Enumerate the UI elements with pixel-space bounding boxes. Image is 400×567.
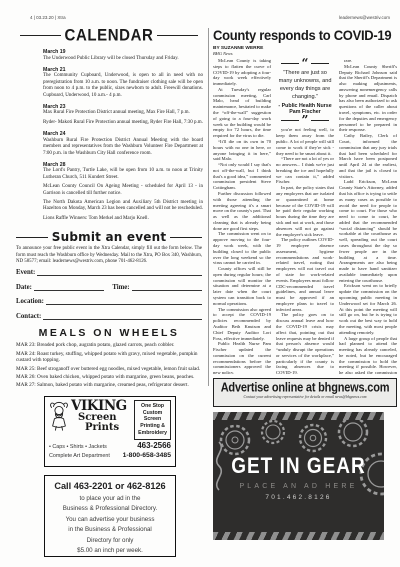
calendar-entry-text: Max Rural Fire Protection District annua… (43, 110, 203, 116)
time-field-blank (132, 284, 202, 291)
directory-ad-body: to place your ad in the Business & Profe… (49, 494, 171, 557)
pull-quote-rule (281, 120, 299, 121)
close-quote-icon: ” (302, 117, 309, 123)
calendar-entry: March 28 The Lord's Pantry, Turtle Lake,… (43, 162, 203, 222)
viking-products: • Caps • Shirts • Jackets (49, 444, 107, 450)
calendar-entry-text: Washburn Rural Fire Protection District … (43, 138, 203, 157)
open-quote-icon: “ (302, 60, 309, 66)
article-paragraph: McLean County is taking steps to flatten… (213, 58, 271, 87)
date-field-label: Date: (16, 284, 32, 291)
submit-event-title: Submit an event (52, 230, 167, 244)
submit-event-intro: To announce your free public event in th… (16, 246, 202, 265)
article-paragraph: “It'll die on its own in 70 hours with n… (213, 139, 271, 162)
calendar-title: CALENDAR (65, 26, 154, 44)
article-paragraph: “Not only would I say that's not off-the… (213, 162, 271, 191)
contact-field-blank (43, 313, 202, 320)
hazard-stripe-top (213, 412, 384, 420)
calendar-date: March 19 (43, 49, 203, 55)
article-column-2: “ “There are just so many unknowns, and … (276, 58, 334, 374)
pull-quote-text: “There are just so many unknowns, and ev… (277, 69, 333, 101)
viking-tagline-box: One Stop Custom Screen Printing & Embroi… (134, 400, 171, 440)
article-headline: County responds to COVID-19 (213, 27, 397, 43)
date-field-blank (34, 284, 104, 291)
viking-name: VIKING (71, 400, 127, 414)
calendar-entry-text: The North Dakota American Legion and Aux… (43, 200, 203, 213)
calendar-entry-text: The Underwood Public Library will be clo… (43, 56, 203, 62)
calendar-date: March 23 (43, 104, 203, 110)
advertise-online-ad: Advertise online at bhgnews.com Contact … (213, 378, 397, 407)
article-paragraph: The policy outlines COVID-19 employee ab… (276, 237, 334, 312)
viking-ad-top: VIKING Screen Prints One Stop Custom Scr… (49, 400, 171, 440)
pull-quote-close-row: ” (281, 117, 329, 123)
article-paragraph: Erickson went on to briefly update the c… (339, 283, 397, 335)
article-paragraph: McLean County Sheriff's Deputy Richard J… (339, 64, 397, 133)
pull-quote-rule (311, 63, 329, 64)
form-row-contact: Contact: (16, 313, 202, 320)
get-in-gear-ad: GET IN GEAR PLACE AN AD HERE 701.462.812… (213, 412, 384, 540)
article-paragraph: At Tuesday's regular commission meeting,… (213, 87, 271, 139)
article-paragraph: Cathy Bailey, Clerk of Court, informed t… (339, 133, 397, 179)
viking-tollfree: 1-800-658-3485 (123, 452, 171, 459)
form-row-date-time: Date: Time: (16, 284, 202, 291)
viking-screen-prints-ad: VIKING Screen Prints One Stop Custom Scr… (44, 396, 176, 467)
viking-wordmark: VIKING Screen Prints (71, 400, 127, 440)
time-field-label: Time: (112, 284, 129, 291)
column-divider (208, 28, 209, 386)
advertise-online-subtitle: Contact your advertising representative … (214, 395, 396, 399)
article-section: County responds to COVID-19 BY SUZANNE W… (213, 27, 397, 540)
pull-quote: “ “There are just so many unknowns, and … (277, 60, 333, 123)
event-form: Event: Date: Time: Location: Contact: (16, 269, 202, 320)
meals-on-wheels-title: MEALS ON WHEELS (14, 327, 204, 339)
viking-mascot-icon (49, 400, 69, 432)
get-in-gear-phone: 701.462.8126 (213, 494, 384, 501)
left-column: CALENDAR March 19 The Underwood Public L… (14, 25, 204, 557)
get-in-gear-subtitle: PLACE AN AD HERE (213, 483, 384, 490)
event-field-label: Event: (16, 269, 35, 276)
viking-art-dept: Complete Art Department (49, 453, 110, 459)
get-in-gear-content: GET IN GEAR PLACE AN AD HERE 701.462.812… (213, 456, 384, 501)
event-field-blank (37, 269, 202, 276)
calendar-entry-text: The Lord's Pantry, Turtle Lake, will be … (43, 168, 203, 181)
article-paragraph: In part, the policy states that any empl… (276, 185, 334, 237)
meal-item: MAR 24: Roast turkey, stuffing, whipped … (16, 351, 202, 365)
viking-logo: VIKING Screen Prints (49, 400, 127, 440)
meals-on-wheels-list: MAR 23: Breaded pork chop, augratin pota… (14, 342, 204, 389)
article-column-3: rare. McLean County Sheriff's Deputy Ric… (339, 58, 397, 374)
article-paragraph: Public Health Nurse Pam Fischer updated … (213, 341, 271, 374)
meal-item: MAR 23: Breaded pork chop, augratin pota… (16, 342, 202, 349)
directory-ad: Call 463-2201 or 462-8126 to place your … (44, 475, 176, 557)
article-paragraph: Ladd Erickson, McLean County State's Att… (339, 179, 397, 283)
article-paragraph: Further discussion followed with those a… (213, 191, 271, 231)
calendar-date: March 21 (43, 67, 203, 73)
article-columns: McLean County is taking steps to flatten… (213, 58, 397, 374)
article-paragraph: The policy goes on to discuss annual lea… (276, 312, 334, 374)
folio-email: leadernews@westriv.com (339, 15, 390, 20)
folio-page-date: 4 | 03.23.20 | Xtra (30, 15, 66, 20)
location-field-label: Location: (16, 298, 44, 305)
article-paragraph: The commission went on to approve moving… (213, 231, 271, 266)
contact-field-label: Contact: (16, 313, 41, 320)
calendar-date: March 28 (43, 162, 203, 168)
calendar-entry-text: The Community Cupboard, Underwood, is op… (43, 73, 203, 99)
title-rule-right (157, 35, 198, 36)
directory-ad-heading: Call 463-2201 or 462-8126 (49, 481, 171, 491)
pull-quote-rule (311, 120, 329, 121)
hazard-stripe-bottom (213, 532, 384, 540)
article-column-1: McLean County is taking steps to flatten… (213, 58, 271, 374)
article-credit: BHG News (213, 51, 397, 56)
calendar-entry-text: McLean County Council On Ageing Meeting … (43, 184, 203, 197)
viking-row-art: Complete Art Department 1-800-658-3485 (49, 452, 171, 459)
calendar-entry-text: Ryder- Makoti Rural Fire Protection annu… (43, 120, 203, 126)
title-rule-left (20, 35, 61, 36)
meal-item: MAR 26: Oven baked chicken, whipped pota… (16, 374, 202, 381)
article-paragraph: The commission also agreed to accept the… (213, 307, 271, 342)
calendar-header: CALENDAR (20, 27, 198, 44)
viking-word-prints: Prints (85, 423, 127, 433)
article-paragraph: County offices will still be open during… (213, 266, 271, 306)
calendar-entry-text: Lions Raffle Winners: Tom Merkel and Mar… (43, 216, 203, 222)
calendar-date: March 24 (43, 131, 203, 137)
get-in-gear-title: GET IN GEAR (213, 454, 384, 479)
folio-bar: 4 | 03.23.20 | Xtra leadernews@westriv.c… (30, 15, 390, 20)
calendar-entry: March 24 Washburn Rural Fire Protection … (43, 131, 203, 157)
meal-item: MAR 25: Beef stroganoff over buttered eg… (16, 366, 202, 373)
article-paragraph: “There are not a lot of yes or no answer… (276, 156, 334, 185)
calendar-entry: March 21 The Community Cupboard, Underwo… (43, 67, 203, 99)
viking-phone: 463-2566 (137, 441, 171, 450)
viking-row-products: • Caps • Shirts • Jackets 463-2566 (49, 441, 171, 450)
pull-quote-rule (281, 63, 299, 64)
title-rule-left (16, 237, 48, 238)
article-paragraph: A large group of people that had planned… (339, 336, 397, 375)
calendar-entry: March 23 Max Rural Fire Protection Distr… (43, 104, 203, 126)
title-rule-right (170, 237, 202, 238)
location-field-blank (46, 298, 202, 305)
article-paragraph: you're not feeling well, to keep them aw… (276, 127, 334, 156)
calendar-entries: March 19 The Underwood Public Library wi… (14, 49, 204, 222)
submit-event-header: Submit an event (16, 230, 202, 244)
calendar-entry: March 19 The Underwood Public Library wi… (43, 49, 203, 62)
pull-quote-open-row: “ (281, 60, 329, 66)
advertise-online-title: Advertise online at bhgnews.com (214, 381, 396, 395)
form-row-event: Event: (16, 269, 202, 276)
form-row-location: Location: (16, 298, 202, 305)
meal-item: MAR 27: Salmon, baked potato with margar… (16, 382, 202, 389)
